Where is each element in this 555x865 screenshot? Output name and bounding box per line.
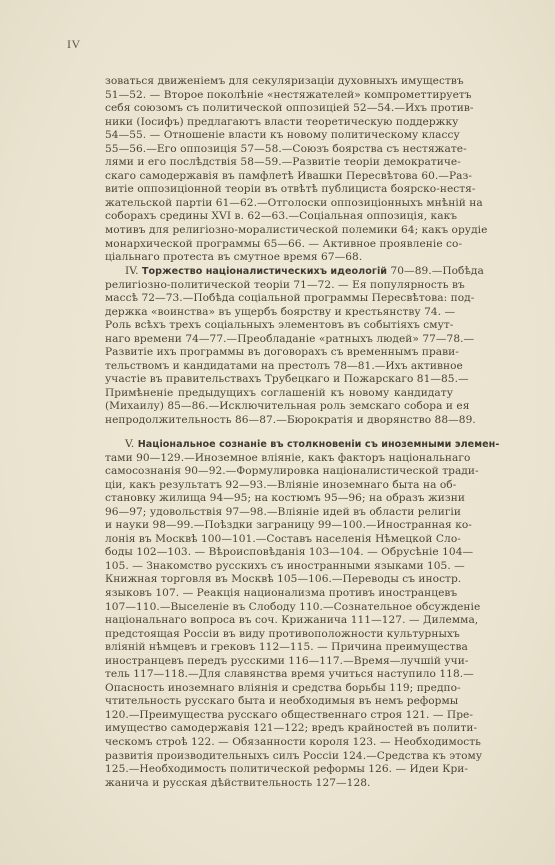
text-line: ники (Іосифъ) предлагаютъ власти теорети… [105, 116, 453, 130]
toc-section-iv: IV. Торжество націоналистическихъ идеоло… [105, 265, 453, 428]
text-line: непродолжительность 86—87.—Бюрократія и … [105, 414, 453, 428]
text-line: языковъ 107. — Реакція национализма прот… [105, 587, 453, 601]
text-line: тельствомъ и кандидатами на престолъ 78—… [105, 360, 453, 374]
text-line: имущество самодержавія 121—122; вредъ кр… [105, 722, 453, 736]
text-line: скаго самодержавія въ памфлетѣ Ивашки Пе… [105, 170, 453, 184]
section-numeral: V. [125, 438, 134, 450]
text-line: самосознанія 90—92.—Формулировка націона… [105, 465, 453, 479]
text-line: ческомъ строѣ 122. — Обязанности короля … [105, 736, 453, 750]
text-line: боды 102—103. — Вѣроисповѣданія 103—104.… [105, 546, 453, 560]
text-line: жанича и русская дѣйствительность 127—12… [105, 777, 453, 791]
text-line: чтительность русскаго быта и необходимыя… [105, 695, 453, 709]
text-line: 107—110.—Выселеніе въ Слободу 110.—Созна… [105, 601, 453, 615]
text-line: Примѣненіе предыдущихъ соглашеній къ нов… [105, 387, 453, 401]
text-line: тель 117—118.—Для славянства время учить… [105, 668, 453, 682]
text-line: становку жилища 94—95; на костюмъ 95—96;… [105, 492, 453, 506]
text-line: массѣ 72—73.—Побѣда соціальной программы… [105, 292, 453, 306]
text-line: 54—55. — Отношеніе власти къ новому поли… [105, 129, 453, 143]
text-line: 51—52. — Второе поколѣніе «нестяжателей»… [105, 89, 453, 103]
text-line: монархической программы 65—66. — Активно… [105, 238, 453, 252]
text-line: Опасность иноземнаго вліянія и средства … [105, 682, 453, 696]
section-heading-rest: 70—89.—Побѣда [387, 265, 484, 277]
text-line: 105. — Знакомство русскихъ съ иностранны… [105, 560, 453, 574]
text-line: держка «воинства» въ ущербъ боярству и к… [105, 306, 453, 320]
section-heading-line: V. Національное сознаніе въ столкновеніи… [105, 438, 453, 452]
section-numeral: IV. [125, 265, 139, 277]
text-line: ціи, какъ результатъ 92—93.—Вліяніе иноз… [105, 479, 453, 493]
text-line: лонія въ Москвѣ 100—101.—Составъ населен… [105, 533, 453, 547]
text-line: 96—97; удовольствія 97—98.—Вліяніе идей … [105, 506, 453, 520]
text-line: и науки 98—99.—Поѣздки заграницу 99—100.… [105, 519, 453, 533]
toc-section-v: V. Національное сознаніе въ столкновеніи… [105, 438, 453, 790]
text-line: предстоящая Россіи въ виду противоположн… [105, 628, 453, 642]
text-line: (Михаилу) 85—86.—Исключительная роль зем… [105, 400, 453, 414]
text-line: зоваться движеніемъ для секуляризаціи ду… [105, 75, 453, 89]
text-line: 55—56.—Его оппозиція 57—58.—Союзъ боярст… [105, 143, 453, 157]
text-line: наго времени 74—77.—Преобладаніе «ратных… [105, 333, 453, 347]
section-title: Торжество націоналистическихъ идеологій [142, 266, 387, 277]
section-heading-line: IV. Торжество націоналистическихъ идеоло… [105, 265, 453, 279]
text-line: религіозно-политической теоріи 71—72. — … [105, 279, 453, 293]
text-line: Роль всѣхъ трехъ соціальныхъ элементовъ … [105, 319, 453, 333]
text-line: себя союзомъ съ политической оппозиціей … [105, 102, 453, 116]
text-line: соборахъ средины XVI в. 62—63.—Соціальна… [105, 210, 453, 224]
text-line: мотивъ для религіозно-моралистической по… [105, 224, 453, 238]
text-line: Книжная торговля въ Москвѣ 105—106.—Пере… [105, 573, 453, 587]
text-line: 125.—Необходимость политической реформы … [105, 763, 453, 777]
toc-paragraph-continuation: зоваться движеніемъ для секуляризаціи ду… [105, 75, 453, 265]
text-line: участіе въ правительствахъ Трубецкаго и … [105, 373, 453, 387]
text-line: жательской партіи 61—62.—Отголоски оппоз… [105, 197, 453, 211]
text-line: витіе оппозиціонной теоріи въ отвѣтѣ пуб… [105, 183, 453, 197]
text-line: развитія производительныхъ силъ Россіи 1… [105, 750, 453, 764]
text-line: Развитіе ихъ программы въ договорахъ съ … [105, 346, 453, 360]
page-number: IV [67, 37, 81, 52]
text-line: лями и его послѣдствія 58—59.—Развитіе т… [105, 156, 453, 170]
text-line: вліяній нѣмцевъ и грековъ 112—115. — При… [105, 641, 453, 655]
text-line: 120.—Преимущества русскаго общественнаго… [105, 709, 453, 723]
section-title: Національное сознаніе въ столкновеніи съ… [138, 439, 500, 450]
text-line: ціальнаго протеста въ смутное время 67—6… [105, 251, 453, 265]
text-line: тами 90—129.—Иноземное вліяніе, какъ фак… [105, 452, 453, 466]
text-line: національнаго вопроса въ соч. Крижанича … [105, 614, 453, 628]
text-line: иностранцевъ передъ русскими 116—117.—Вр… [105, 655, 453, 669]
